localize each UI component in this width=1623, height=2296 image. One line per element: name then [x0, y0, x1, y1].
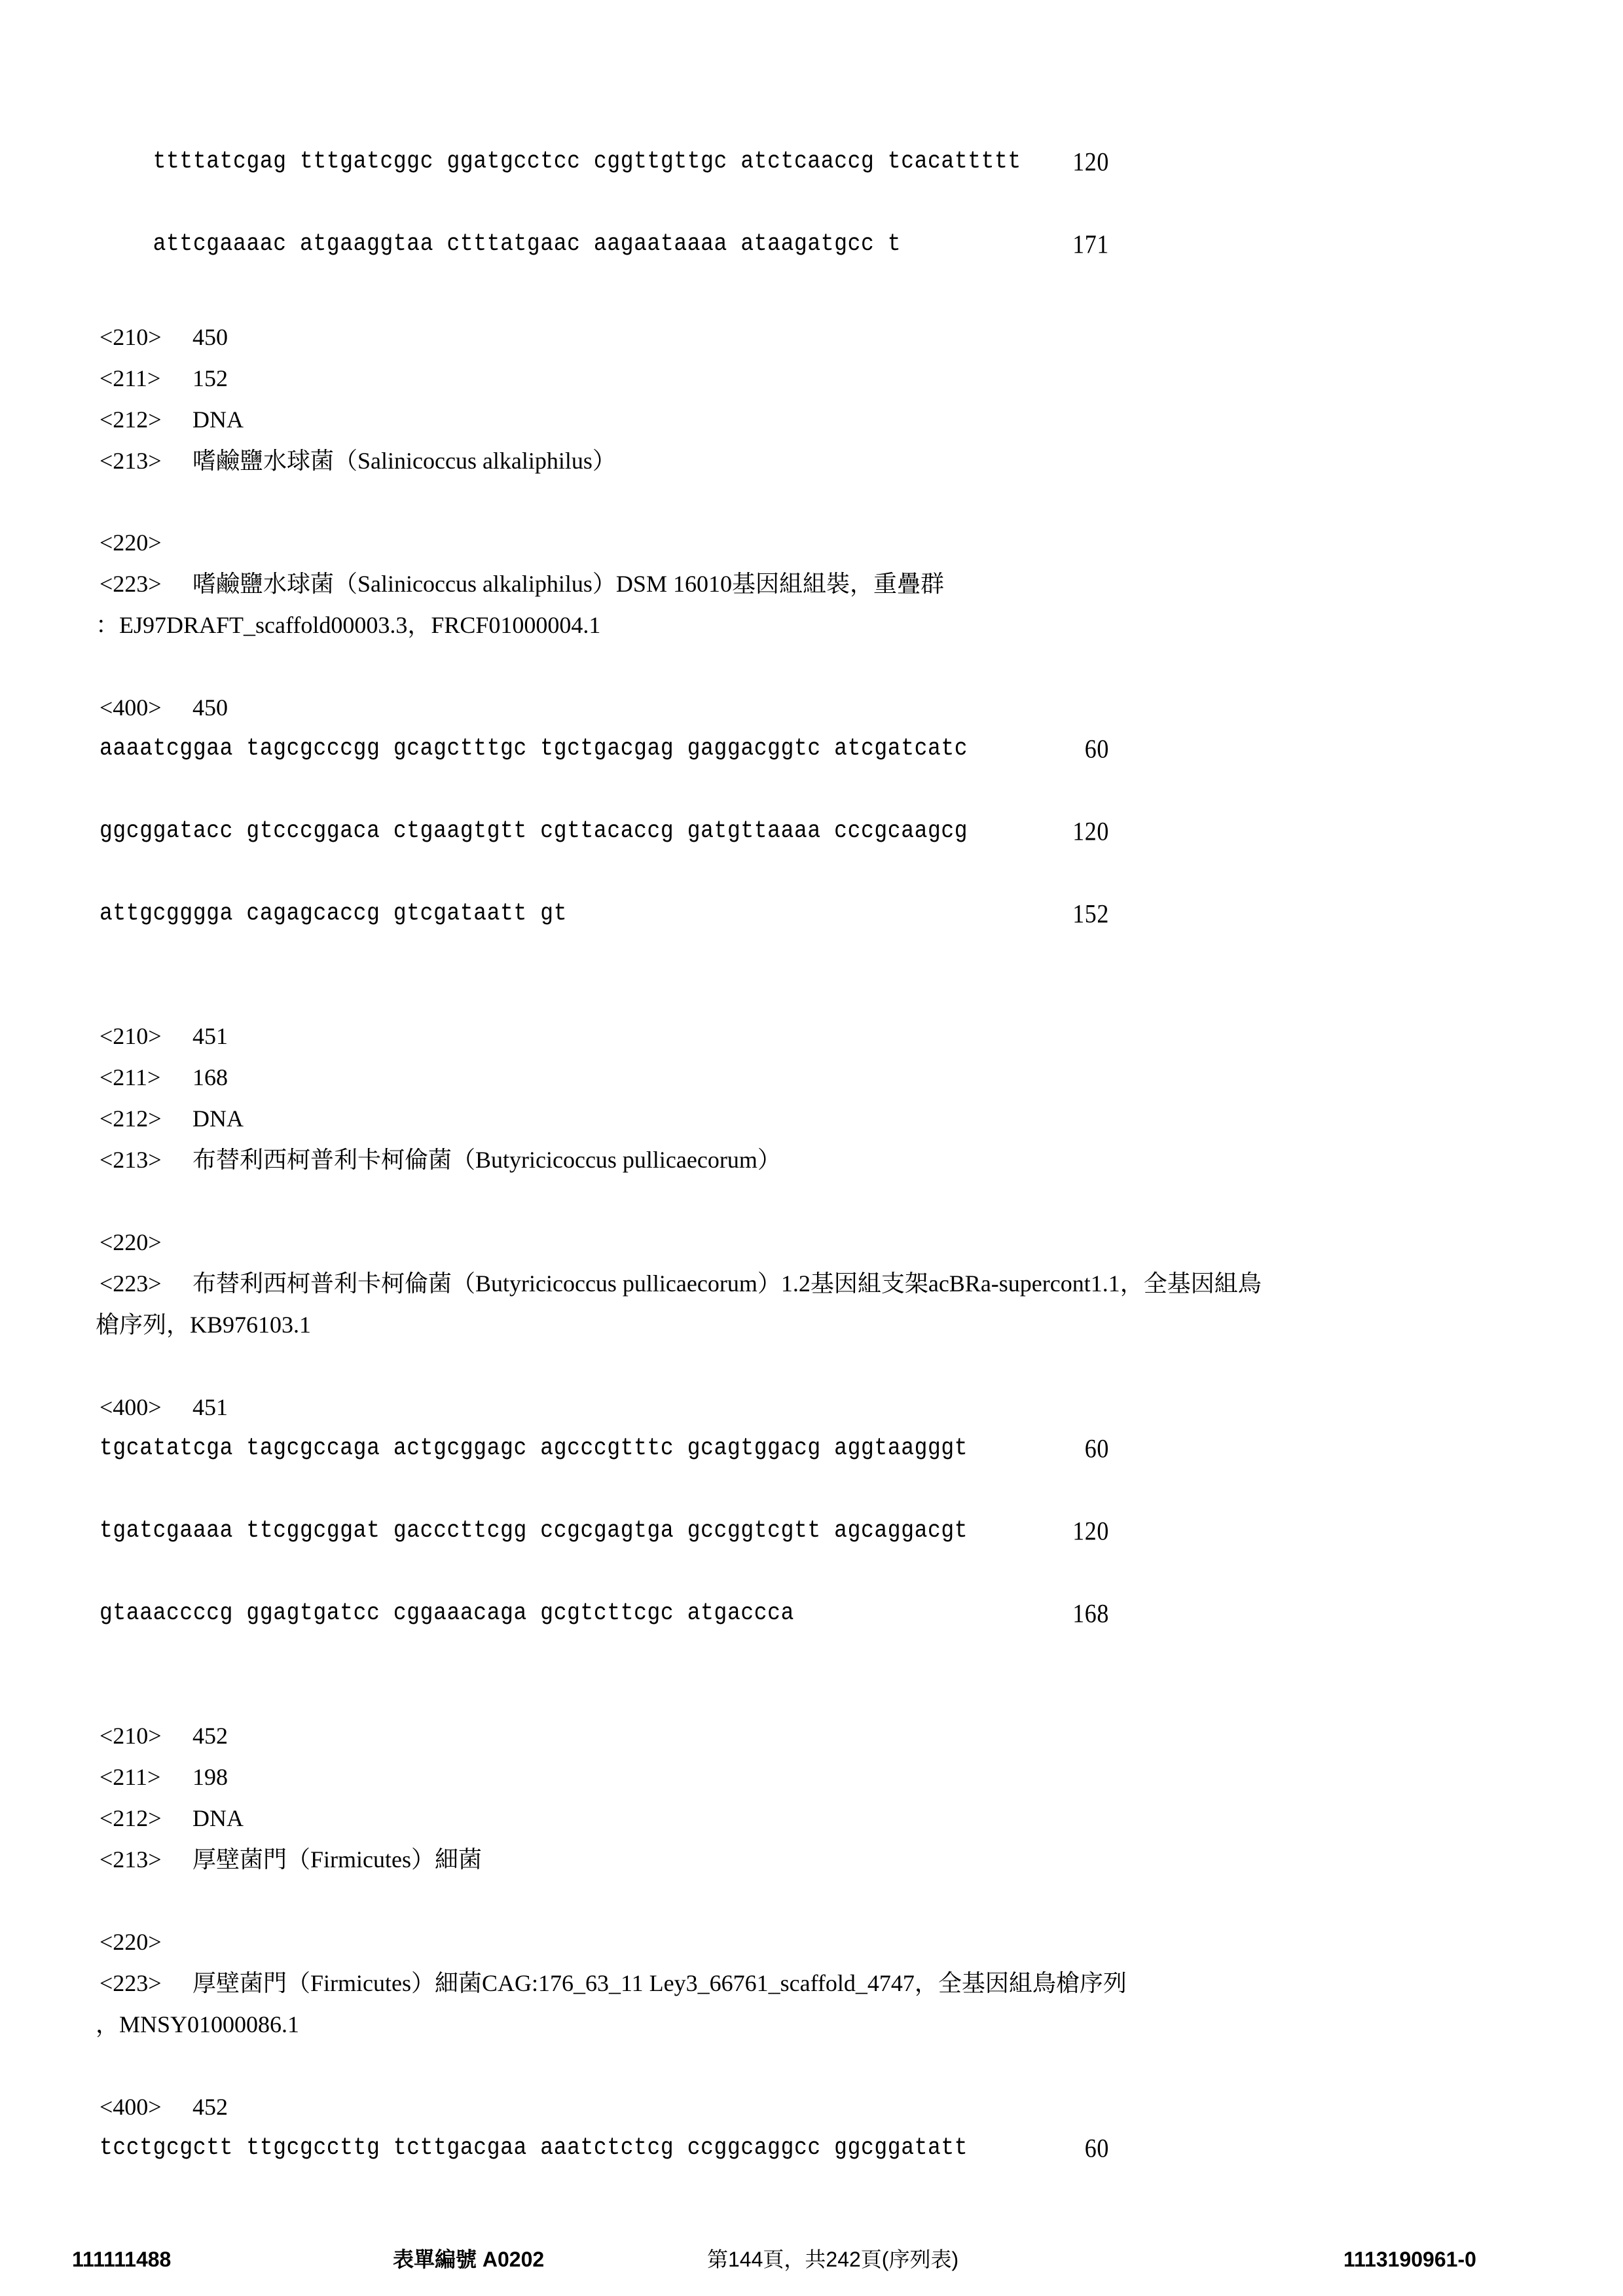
sequence-position: 60 [1068, 733, 1109, 764]
seq-id-number: 451 [192, 1022, 228, 1050]
molecule-type: DNA [192, 1804, 244, 1832]
tag-label: <210> [100, 1022, 192, 1050]
sequence-length: 168 [192, 1064, 228, 1091]
sequence-bases: ggcggatacc gtcccggaca ctgaagtgtt cgttaca… [100, 816, 1068, 846]
seq-id-ref: 451 [192, 1393, 228, 1421]
molecule-type: DNA [192, 406, 244, 433]
field-220: <220> [100, 1229, 192, 1256]
field-400: <400>450 [100, 694, 228, 721]
feature-description: 布替利西柯普利卡柯倫菌（Butyricicoccus pullicaecorum… [192, 1270, 1262, 1297]
sequence-position: 120 [1068, 1515, 1109, 1546]
tag-label: <400> [100, 694, 192, 721]
field-213: <213>厚壁菌門（Firmicutes）細菌 [100, 1846, 482, 1873]
field-400: <400>452 [100, 2093, 228, 2121]
sequence-position: 152 [1068, 898, 1109, 929]
sequence-line: gtaaaccccg ggagtgatcc cggaaacaga gcgtctt… [100, 1598, 1068, 1628]
tag-label: <211> [100, 365, 192, 392]
molecule-type: DNA [192, 1105, 244, 1132]
sequence-position: 60 [1068, 2132, 1109, 2163]
organism-name: 嗜鹼鹽水球菌（Salinicoccus alkaliphilus） [192, 447, 616, 475]
field-213: <213>嗜鹼鹽水球菌（Salinicoccus alkaliphilus） [100, 447, 616, 475]
tag-label: <223> [100, 1270, 192, 1297]
tag-label: <213> [100, 1146, 192, 1174]
sequence-line: ttttatcgag tttgatcggc ggatgcctcc cggttgt… [100, 115, 1122, 146]
tag-label: <211> [100, 1763, 192, 1791]
sequence-line: attcgaaaac atgaaggtaa ctttatgaac aagaata… [100, 198, 1122, 228]
sequence-bases: attcgaaaac atgaaggtaa ctttatgaac aagaata… [153, 229, 1122, 260]
feature-description: 嗜鹼鹽水球菌（Salinicoccus alkaliphilus）DSM 160… [192, 570, 944, 598]
footer-form-number: 表單編號 A0202 [393, 2246, 544, 2272]
tag-label: <212> [100, 406, 192, 433]
organism-name: 布替利西柯普利卡柯倫菌（Butyricicoccus pullicaecorum… [192, 1146, 781, 1174]
footer-application-number: 111111488 [72, 2246, 171, 2272]
field-211: <211>152 [100, 365, 228, 392]
sequence-bases: aaaatcggaa tagcgcccgg gcagctttgc tgctgac… [100, 733, 1068, 764]
field-220: <220> [100, 529, 192, 556]
sequence-length: 152 [192, 365, 228, 392]
feature-description-continued: ，MNSY01000086.1 [96, 2011, 299, 2038]
sequence-line: aaaatcggaa tagcgcccgg gcagctttgc tgctgac… [100, 733, 1068, 764]
tag-label: <220> [100, 529, 192, 556]
field-223: <223>厚壁菌門（Firmicutes）細菌CAG:176_63_11 Ley… [100, 1969, 1127, 1997]
tag-label: <400> [100, 2093, 192, 2121]
field-223: <223>嗜鹼鹽水球菌（Salinicoccus alkaliphilus）DS… [100, 570, 944, 598]
tag-label: <210> [100, 323, 192, 351]
tag-label: <212> [100, 1804, 192, 1832]
sequence-bases: attgcgggga cagagcaccg gtcgataatt gt [100, 898, 1068, 929]
sequence-bases: tcctgcgctt ttgcgccttg tcttgacgaa aaatctc… [100, 2132, 1068, 2163]
feature-description-continued: 槍序列，KB976103.1 [96, 1311, 311, 1338]
sequence-bases: ttttatcgag tttgatcggc ggatgcctcc cggttgt… [153, 147, 1122, 177]
sequence-bases: tgatcgaaaa ttcggcggat gacccttcgg ccgcgag… [100, 1515, 1068, 1546]
field-211: <211>198 [100, 1763, 228, 1791]
tag-label: <210> [100, 1722, 192, 1749]
footer-page-info: 第144頁，共242頁(序列表) [707, 2246, 958, 2272]
field-212: <212>DNA [100, 1804, 244, 1832]
field-210: <210>451 [100, 1022, 228, 1050]
tag-label: <213> [100, 1846, 192, 1873]
field-212: <212>DNA [100, 406, 244, 433]
sequence-line: tgcatatcga tagcgccaga actgcggagc agcccgt… [100, 1433, 1068, 1463]
sequence-position: 120 [1068, 147, 1109, 177]
field-213: <213>布替利西柯普利卡柯倫菌（Butyricicoccus pullicae… [100, 1146, 781, 1174]
sequence-position: 120 [1068, 816, 1109, 846]
tag-label: <211> [100, 1064, 192, 1091]
field-210: <210>452 [100, 1722, 228, 1749]
field-223: <223>布替利西柯普利卡柯倫菌（Butyricicoccus pullicae… [100, 1270, 1262, 1297]
sequence-line: tcctgcgctt ttgcgccttg tcttgacgaa aaatctc… [100, 2132, 1068, 2163]
feature-description: 厚壁菌門（Firmicutes）細菌CAG:176_63_11 Ley3_667… [192, 1969, 1127, 1997]
sequence-bases: gtaaaccccg ggagtgatcc cggaaacaga gcgtctt… [100, 1598, 1068, 1628]
field-400: <400>451 [100, 1393, 228, 1421]
sequence-length: 198 [192, 1763, 228, 1791]
sequence-bases: tgcatatcga tagcgccaga actgcggagc agcccgt… [100, 1433, 1068, 1463]
tag-label: <213> [100, 447, 192, 475]
field-212: <212>DNA [100, 1105, 244, 1132]
sequence-line: tgatcgaaaa ttcggcggat gacccttcgg ccgcgag… [100, 1515, 1068, 1546]
sequence-position: 171 [1068, 229, 1109, 260]
feature-description-continued: ：EJ97DRAFT_scaffold00003.3，FRCF01000004.… [96, 611, 600, 639]
tag-label: <212> [100, 1105, 192, 1132]
seq-id-ref: 450 [192, 694, 228, 721]
sequence-position: 168 [1068, 1598, 1109, 1628]
seq-id-number: 450 [192, 323, 228, 351]
field-220: <220> [100, 1928, 192, 1956]
sequence-position: 60 [1068, 1433, 1109, 1463]
footer-document-id: 1113190961-0 [1343, 2246, 1476, 2272]
field-210: <210>450 [100, 323, 228, 351]
tag-label: <223> [100, 1969, 192, 1997]
tag-label: <220> [100, 1928, 192, 1956]
tag-label: <223> [100, 570, 192, 598]
tag-label: <400> [100, 1393, 192, 1421]
organism-name: 厚壁菌門（Firmicutes）細菌 [192, 1846, 482, 1873]
sequence-listing-page: ttttatcgag tttgatcggc ggatgcctcc cggttgt… [0, 0, 1623, 2296]
seq-id-ref: 452 [192, 2093, 228, 2121]
sequence-line: ggcggatacc gtcccggaca ctgaagtgtt cgttaca… [100, 816, 1068, 846]
field-211: <211>168 [100, 1064, 228, 1091]
tag-label: <220> [100, 1229, 192, 1256]
sequence-line: attgcgggga cagagcaccg gtcgataatt gt152 [100, 898, 1068, 929]
seq-id-number: 452 [192, 1722, 228, 1749]
